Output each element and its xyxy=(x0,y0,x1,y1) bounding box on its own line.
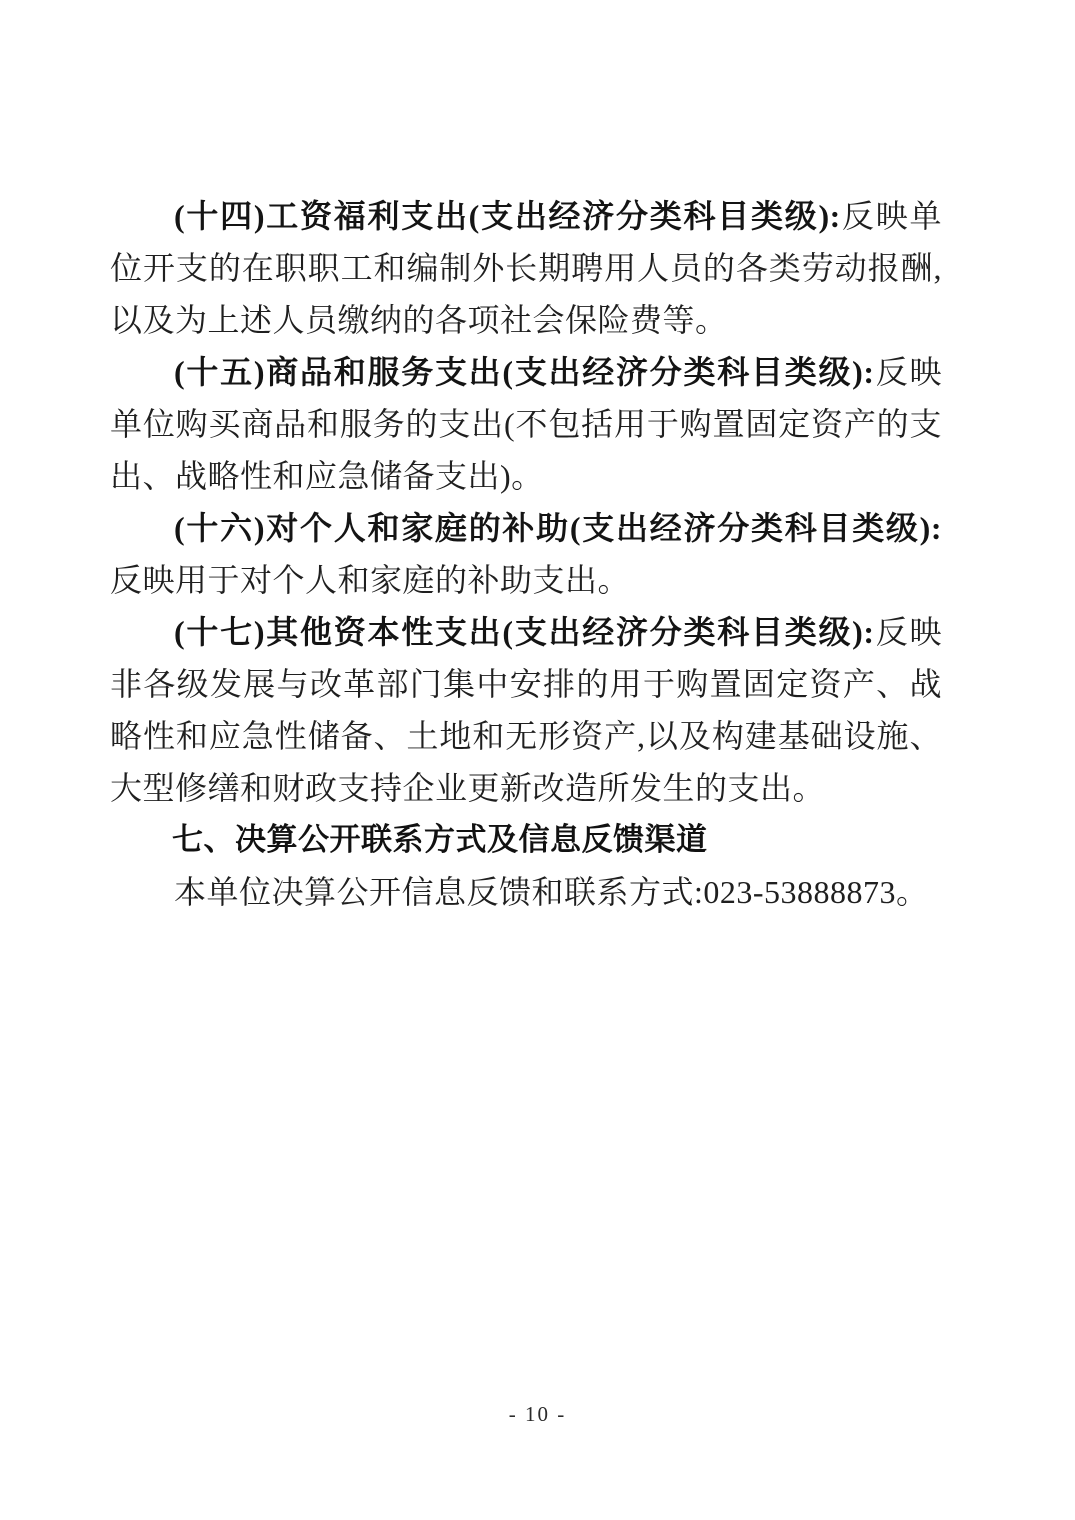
paragraph-17-heading: (十七)其他资本性支出(支出经济分类科目类级): xyxy=(174,614,875,650)
paragraph-14-heading: (十四)工资福利支出(支出经济分类科目类级): xyxy=(174,198,841,234)
page-number: - 10 - xyxy=(509,1402,567,1426)
paragraph-16-heading: (十六)对个人和家庭的补助(支出经济分类科目类级): xyxy=(174,510,942,546)
paragraph-item-16: (十六)对个人和家庭的补助(支出经济分类科目类级):反映用于对个人和家庭的补助支… xyxy=(110,502,942,606)
contact-paragraph: 本单位决算公开信息反馈和联系方式:023-53888873。 xyxy=(110,866,942,918)
paragraph-item-14: (十四)工资福利支出(支出经济分类科目类级):反映单位开支的在职职工和编制外长期… xyxy=(110,190,942,346)
section-heading-seven: 七、决算公开联系方式及信息反馈渠道 xyxy=(110,814,942,866)
paragraph-item-17: (十七)其他资本性支出(支出经济分类科目类级):反映非各级发展与改革部门集中安排… xyxy=(110,606,942,814)
paragraph-16-body-text: 反映用于对个人和家庭的补助支出。 xyxy=(110,562,630,598)
page-footer: - 10 - xyxy=(0,1402,1075,1427)
paragraph-item-15: (十五)商品和服务支出(支出经济分类科目类级):反映单位购买商品和服务的支出(不… xyxy=(110,346,942,502)
document-page: (十四)工资福利支出(支出经济分类科目类级):反映单位开支的在职职工和编制外长期… xyxy=(0,0,1075,1520)
document-body: (十四)工资福利支出(支出经济分类科目类级):反映单位开支的在职职工和编制外长期… xyxy=(110,190,942,918)
paragraph-15-heading: (十五)商品和服务支出(支出经济分类科目类级): xyxy=(174,354,875,390)
